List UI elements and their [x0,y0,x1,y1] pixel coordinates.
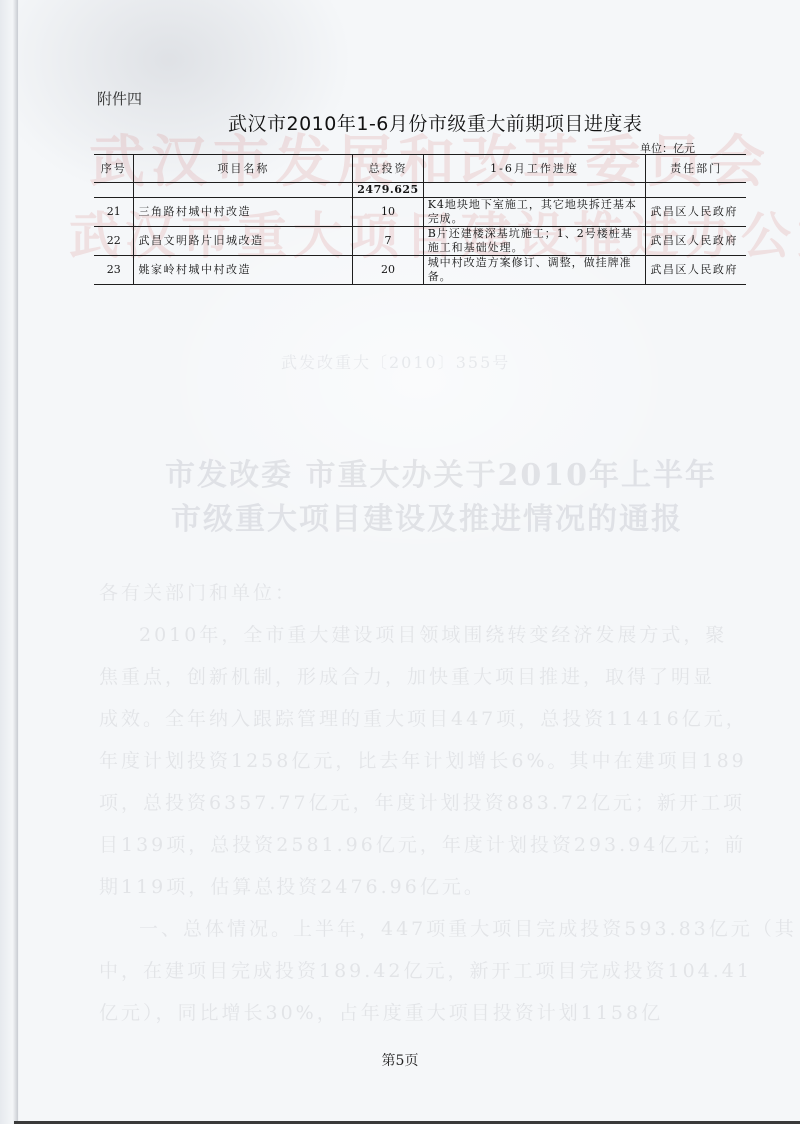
total-progress-cell [423,183,646,198]
table-row: 21 三角路村城中村改造 10 K4地块地下室施工，其它地块拆迁基本完成。 武昌… [94,198,746,227]
show-through-body-line: 亿元），同比增长30%，占年度重大项目投资计划1158亿 [99,998,663,1025]
show-through-body-line: 年度计划投资1258亿元，比去年计划增长6%。其中在建项目189 [99,746,747,773]
row-no: 23 [94,256,134,285]
row-investment: 20 [353,256,423,285]
show-through-body-line: 焦重点，创新机制，形成合力，加快重大项目推进，取得了明显 [99,662,715,689]
header-department: 责任部门 [646,155,746,183]
show-through-body-line: 目139项，总投资2581.96亿元，年度计划投资293.94亿元；前 [99,830,746,857]
table-row: 22 武昌文明路片旧城改造 7 B片还建楼深基坑施工；1、2号楼桩基施工和基础处… [94,227,746,256]
total-no-cell [94,183,134,198]
show-through-notice-title-1: 市发改委 市重大办关于2010年上半年 [165,450,717,494]
total-name-cell [134,183,353,198]
table-header-row: 序号 项目名称 总投资 1-6月工作进度 责任部门 [94,155,746,183]
show-through-body-line: 成效。全年纳入跟踪管理的重大项目447项，总投资11416亿元， [99,704,748,731]
row-progress: K4地块地下室施工，其它地块拆迁基本完成。 [423,198,646,227]
show-through-body-line: 中，在建项目完成投资189.42亿元，新开工项目完成投资104.41 [99,956,752,983]
row-department: 武昌区人民政府 [646,198,746,227]
total-department-cell [646,183,746,198]
show-through-body-line: 期119项，估算总投资2476.96亿元。 [99,872,486,899]
attachment-label: 附件四 [97,88,142,109]
show-through-body-line: 2010年，全市重大建设项目领域围绕转变经济发展方式，聚 [139,620,727,647]
row-progress: 城中村改造方案修订、调整，做挂牌准备。 [423,256,646,285]
row-no: 22 [94,227,134,256]
header-no: 序号 [94,155,134,183]
document-title: 武汉市2010年1-6月份市级重大前期项目进度表 [228,109,642,136]
row-project-name: 三角路村城中村改造 [134,198,353,227]
show-through-salutation: 各有关部门和单位： [99,578,297,605]
page-binding-edge [0,0,18,1124]
header-total-investment: 总投资 [353,155,423,183]
row-department: 武昌区人民政府 [646,227,746,256]
show-through-notice-title-2: 市级重大项目建设及推进情况的通报 [171,494,683,538]
project-progress-table: 序号 项目名称 总投资 1-6月工作进度 责任部门 2479.625 21 三角… [94,154,746,285]
show-through-doc-number: 武发改重大〔2010〕355号 [281,350,510,373]
row-no: 21 [94,198,134,227]
total-investment-value: 2479.625 [353,183,423,198]
row-investment: 10 [353,198,423,227]
total-row: 2479.625 [94,183,746,198]
show-through-body-line: 一、总体情况。上半年，447项重大项目完成投资593.83亿元（其 [139,914,797,941]
row-project-name: 姚家岭村城中村改造 [134,256,353,285]
page-number: 第5页 [0,1050,800,1070]
header-progress: 1-6月工作进度 [423,155,646,183]
table-row: 23 姚家岭村城中村改造 20 城中村改造方案修订、调整，做挂牌准备。 武昌区人… [94,256,746,285]
row-progress: B片还建楼深基坑施工；1、2号楼桩基施工和基础处理。 [423,227,646,256]
header-project-name: 项目名称 [134,155,353,183]
row-department: 武昌区人民政府 [646,256,746,285]
show-through-body-line: 项，总投资6357.77亿元，年度计划投资883.72亿元；新开工项 [99,788,745,815]
row-project-name: 武昌文明路片旧城改造 [134,227,353,256]
row-investment: 7 [353,227,423,256]
